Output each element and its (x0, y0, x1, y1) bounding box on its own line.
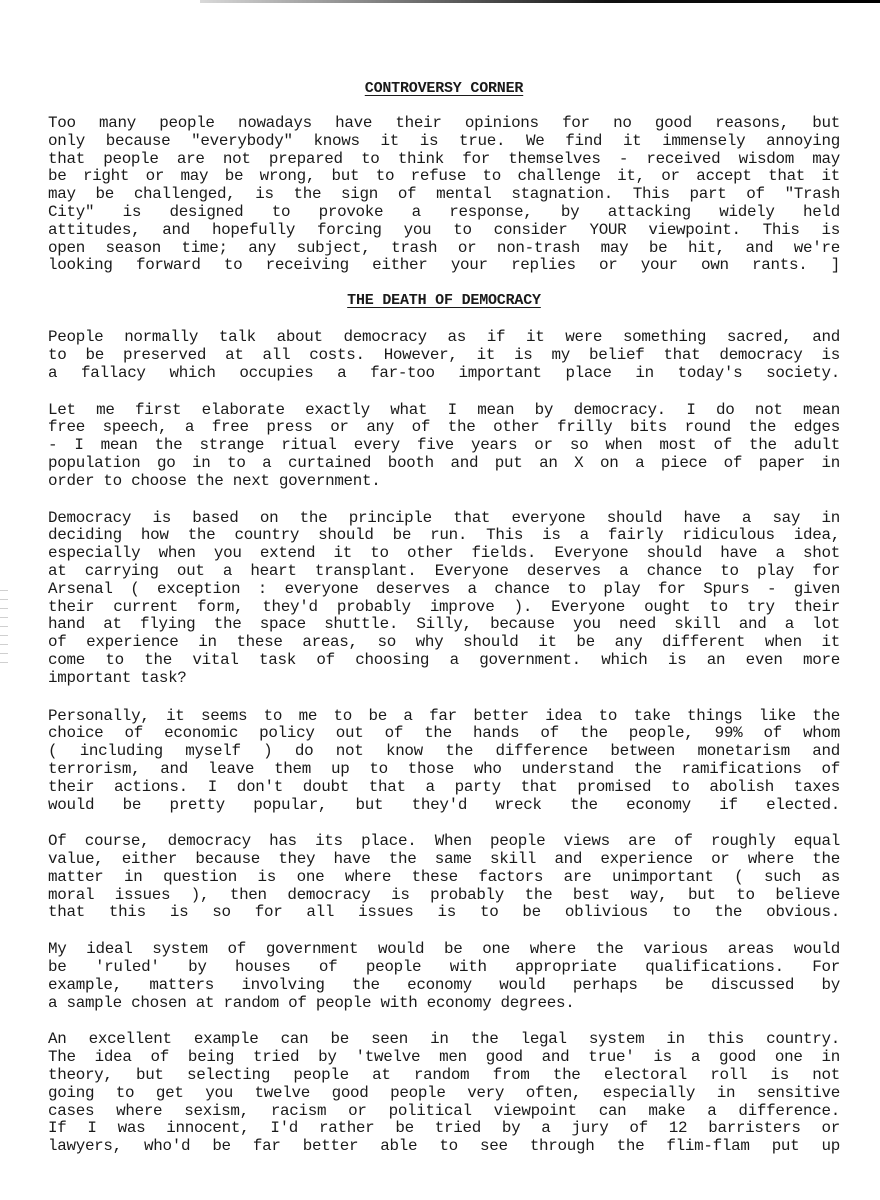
text-line: The idea of being tried by 'twelve men g… (48, 1049, 840, 1067)
text-line: example, matters involving the economy w… (48, 977, 840, 995)
text-line: Democracy is based on the principle that… (48, 510, 840, 528)
text-line: People normally talk about democracy as … (48, 329, 840, 347)
text-line: to be preserved at all costs. However, i… (48, 347, 840, 365)
text-line: attitudes, and hopefully forcing you to … (48, 222, 840, 240)
text-line: that people are not prepared to think fo… (48, 151, 840, 169)
text-line: Of course, democracy has its place. When… (48, 833, 840, 851)
text-line: Arsenal ( exception : everyone deserves … (48, 581, 840, 599)
text-line: open season time; any subject, trash or … (48, 240, 840, 258)
text-line: be 'ruled' by houses of people with appr… (48, 959, 840, 977)
text-line: An excellent example can be seen in the … (48, 1031, 840, 1049)
text-line: looking forward to receiving either your… (48, 257, 840, 275)
article-paragraph: Democracy is based on the principle that… (48, 510, 840, 688)
text-line: would be pretty popular, but they'd wrec… (48, 797, 840, 815)
text-line: - I mean the strange ritual every five y… (48, 437, 840, 455)
text-line: free speech, a free press or any of the … (48, 419, 840, 437)
article-paragraph: Of course, democracy has its place. When… (48, 833, 840, 922)
section-title-text: CONTROVERSY CORNER (365, 80, 523, 97)
article-paragraph: People normally talk about democracy as … (48, 329, 840, 382)
text-line: City" is designed to provoke a response,… (48, 204, 840, 222)
text-line: going to get you twelve good people very… (48, 1085, 840, 1103)
text-line: population go in to a curtained booth an… (48, 455, 840, 473)
article-paragraph: An excellent example can be seen in the … (48, 1031, 840, 1156)
text-line: only because "everybody" knows it is tru… (48, 133, 840, 151)
intro-paragraph: Too many people nowadays have their opin… (48, 115, 840, 275)
article-paragraph: Let me first elaborate exactly what I me… (48, 402, 840, 491)
text-line: ( including myself ) do not know the dif… (48, 743, 840, 761)
text-line: matter in question is one where these fa… (48, 869, 840, 887)
text-line: a sample chosen at random of people with… (48, 995, 840, 1013)
document-page: CONTROVERSY CORNER Too many people nowad… (48, 80, 840, 1156)
text-line: of experience in these areas, so why sho… (48, 634, 840, 652)
text-line: order to choose the next government. (48, 473, 840, 491)
text-line: their actions. I don't doubt that a part… (48, 779, 840, 797)
text-line: Too many people nowadays have their opin… (48, 115, 840, 133)
text-line: moral issues ), then democracy is probab… (48, 887, 840, 905)
text-line: especially when you extend it to other f… (48, 545, 840, 563)
text-line: theory, but selecting people at random f… (48, 1067, 840, 1085)
article-paragraph: My ideal system of government would be o… (48, 941, 840, 1012)
article-body: People normally talk about democracy as … (48, 329, 840, 1156)
article-title: THE DEATH OF DEMOCRACY (48, 292, 840, 310)
text-line: Let me first elaborate exactly what I me… (48, 402, 840, 420)
scan-top-edge (200, 0, 880, 3)
text-line: Personally, it seems to me to be a far b… (48, 708, 840, 726)
article-paragraph: Personally, it seems to me to be a far b… (48, 708, 840, 815)
text-line: deciding how the country should be run. … (48, 527, 840, 545)
scan-margin-marks (0, 590, 8, 670)
text-line: at carrying out a heart transplant. Ever… (48, 563, 840, 581)
text-line: be right or may be wrong, but to refuse … (48, 168, 840, 186)
text-line: value, either because they have the same… (48, 851, 840, 869)
text-line: cases where sexism, racism or political … (48, 1103, 840, 1121)
text-line: may be challenged, is the sign of mental… (48, 186, 840, 204)
text-line: terrorism, and leave them up to those wh… (48, 761, 840, 779)
text-line: important task? (48, 670, 840, 688)
text-line: hand at flying the space shuttle. Silly,… (48, 616, 840, 634)
text-line: come to the vital task of choosing a gov… (48, 652, 840, 670)
text-line: My ideal system of government would be o… (48, 941, 840, 959)
article-title-text: THE DEATH OF DEMOCRACY (347, 292, 541, 309)
text-line: If I was innocent, I'd rather be tried b… (48, 1120, 840, 1138)
text-line: their current form, they'd probably impr… (48, 599, 840, 617)
text-line: that this is so for all issues is to be … (48, 904, 840, 922)
text-line: lawyers, who'd be far better able to see… (48, 1138, 840, 1156)
section-title: CONTROVERSY CORNER (48, 80, 840, 98)
text-line: choice of economic policy out of the han… (48, 725, 840, 743)
text-line: a fallacy which occupies a far-too impor… (48, 365, 840, 383)
